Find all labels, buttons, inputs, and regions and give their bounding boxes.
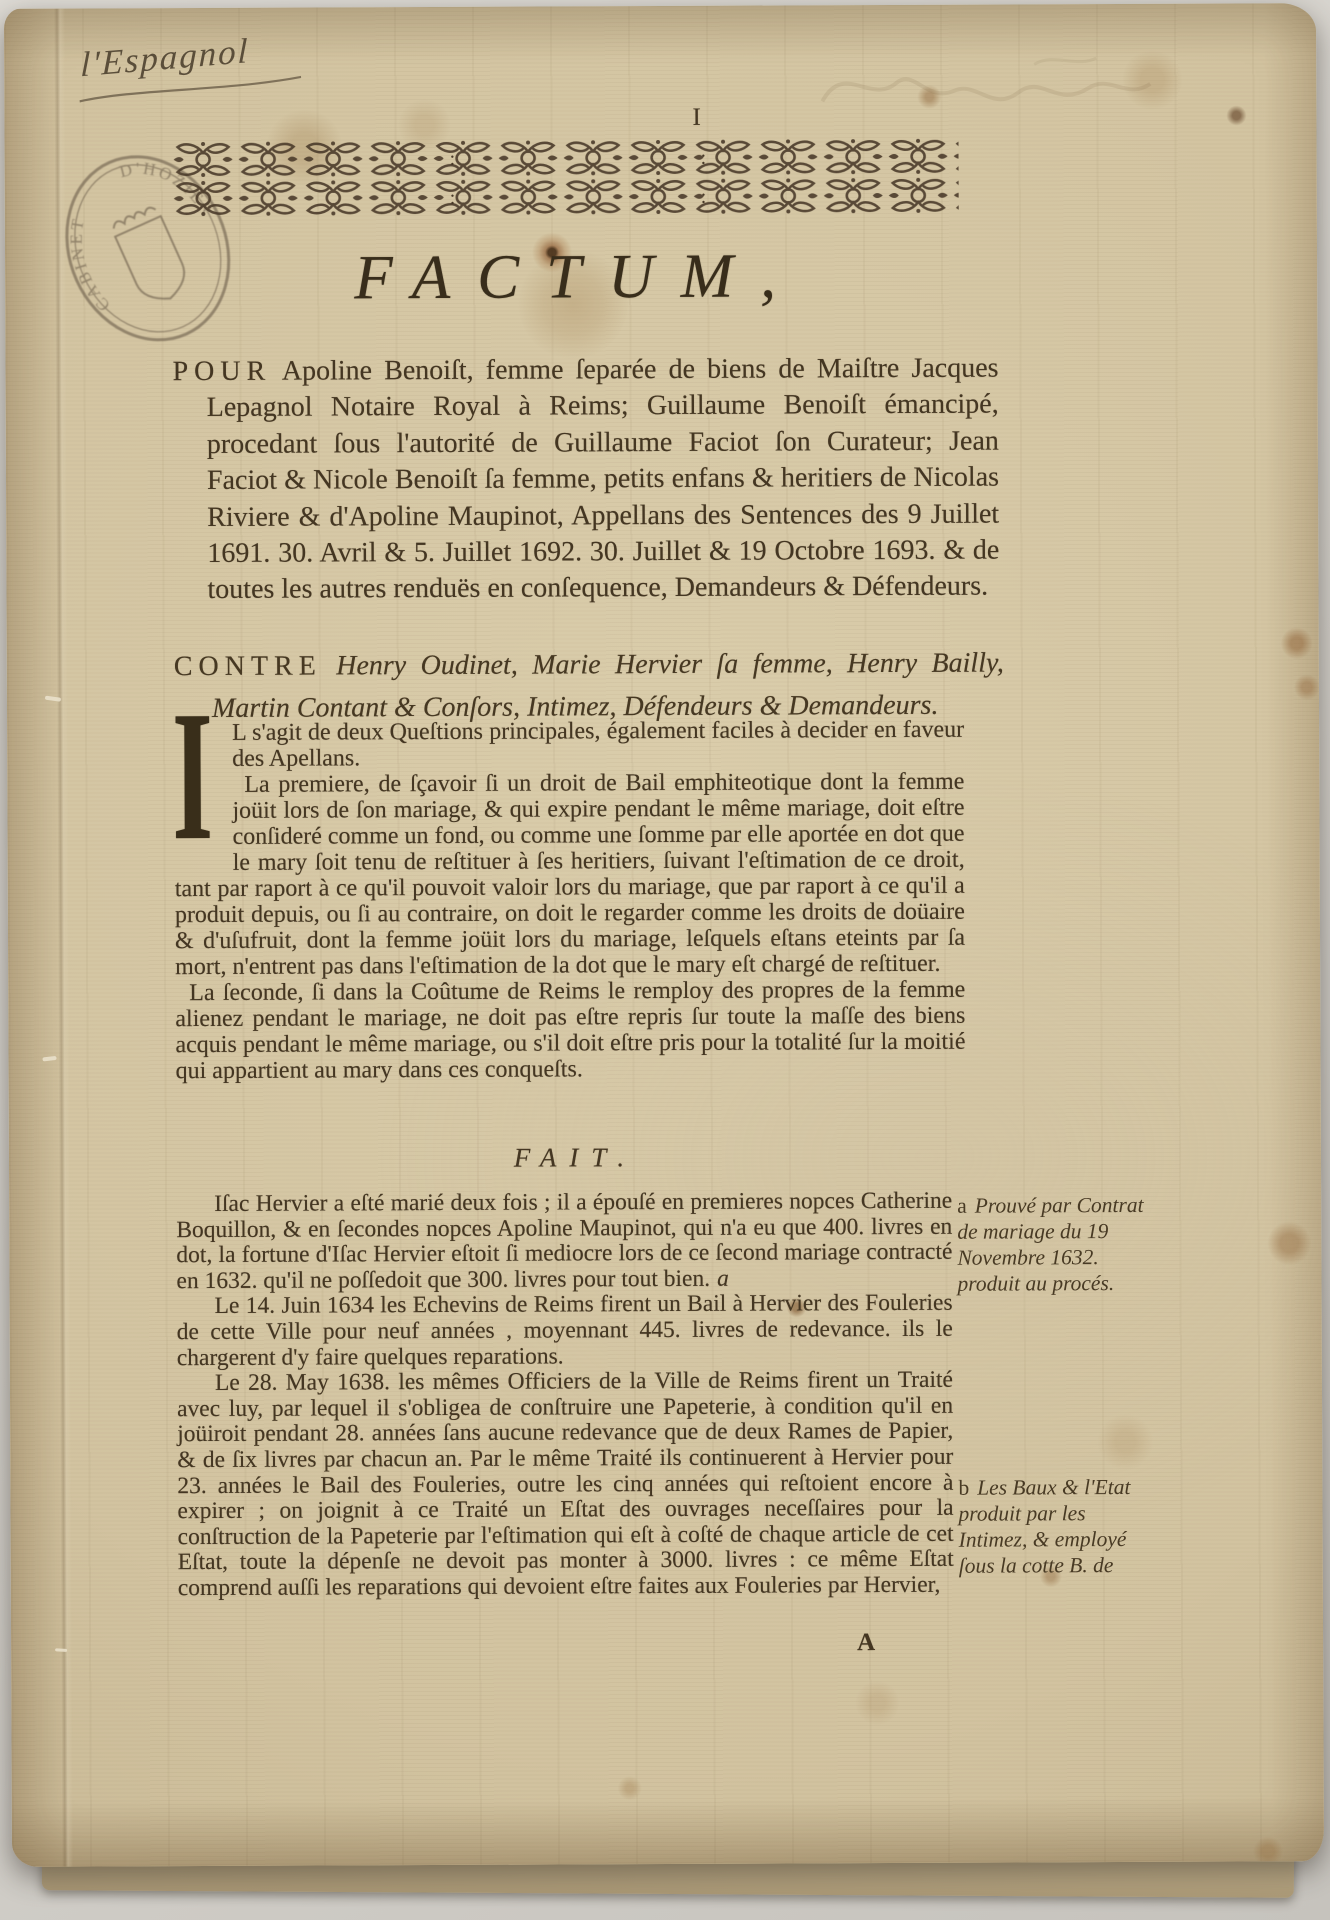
handwritten-annotation: l'Espagnol (80, 31, 250, 85)
note-label-a: a (957, 1194, 967, 1218)
band-separator: : (701, 147, 707, 169)
band-separator: : (450, 187, 456, 209)
faint-handwriting-ghost (804, 42, 1164, 139)
note-ref-a: a (717, 1266, 729, 1292)
stamp-crown (112, 205, 156, 229)
band-separator: : (450, 148, 456, 170)
left-edge-tear (55, 1648, 67, 1652)
margin-note-a: aProuvé par Contrat de mariage du 19 Nov… (957, 1192, 1149, 1297)
fait-section: Iſac Hervier a eſté marié deux fois ; il… (176, 1189, 954, 1602)
note-label-b: b (958, 1476, 969, 1500)
fait-paragraph-2: Le 14. Juin 1634 les Echevins de Reims f… (177, 1291, 953, 1371)
contre-text: Henry Oudinet, Marie Hervier ſa femme, H… (212, 648, 1004, 724)
question-intro: L s'agit de deux Queſtions principales, … (174, 717, 964, 772)
signature-mark: A (857, 1629, 875, 1657)
left-edge-tear (42, 1056, 56, 1062)
margin-note-b: bLes Baux & l'Etat produit par les Intim… (958, 1474, 1150, 1579)
fait-paragraph-1: Iſac Hervier a eſté marié deux fois ; il… (176, 1189, 952, 1295)
pour-text: Apoline Benoiſt, femme ſeparée de biens … (207, 353, 1000, 606)
question-first: La premiere, de ſçavoir ſi un droit de B… (174, 769, 965, 980)
fait-paragraph-1-text: Iſac Hervier a eſté marié deux fois ; il… (176, 1188, 952, 1294)
page-number: I (692, 104, 701, 132)
question-second: La ſeconde, ſi dans la Coûtume de Reims … (175, 977, 965, 1084)
questions-section: I L s'agit de deux Queſtions principales… (174, 717, 966, 1084)
document-title: FACTUM, (165, 239, 965, 315)
note-text-b: Les Baux & l'Etat produit par les Intime… (958, 1475, 1130, 1578)
pour-paragraph: POUR Apoline Benoiſt, femme ſeparée de b… (172, 351, 999, 609)
pour-label: POUR (172, 356, 271, 387)
left-edge-tear (45, 696, 61, 702)
band-separator: : (701, 186, 707, 208)
fait-paragraph-3: Le 28. May 1638. les mêmes Officiers de … (177, 1368, 954, 1602)
ornament-band: : : : : (171, 137, 959, 218)
fait-heading: FAIT. (169, 1141, 969, 1175)
paper-sheet: l'Espagnol CABINET D'HOZIER (4, 3, 1324, 1867)
photo-backdrop: l'Espagnol CABINET D'HOZIER (0, 0, 1330, 1920)
note-text-a: Prouvé par Contrat de mariage du 19 Nove… (957, 1193, 1143, 1296)
drop-cap-initial: I (174, 723, 219, 853)
